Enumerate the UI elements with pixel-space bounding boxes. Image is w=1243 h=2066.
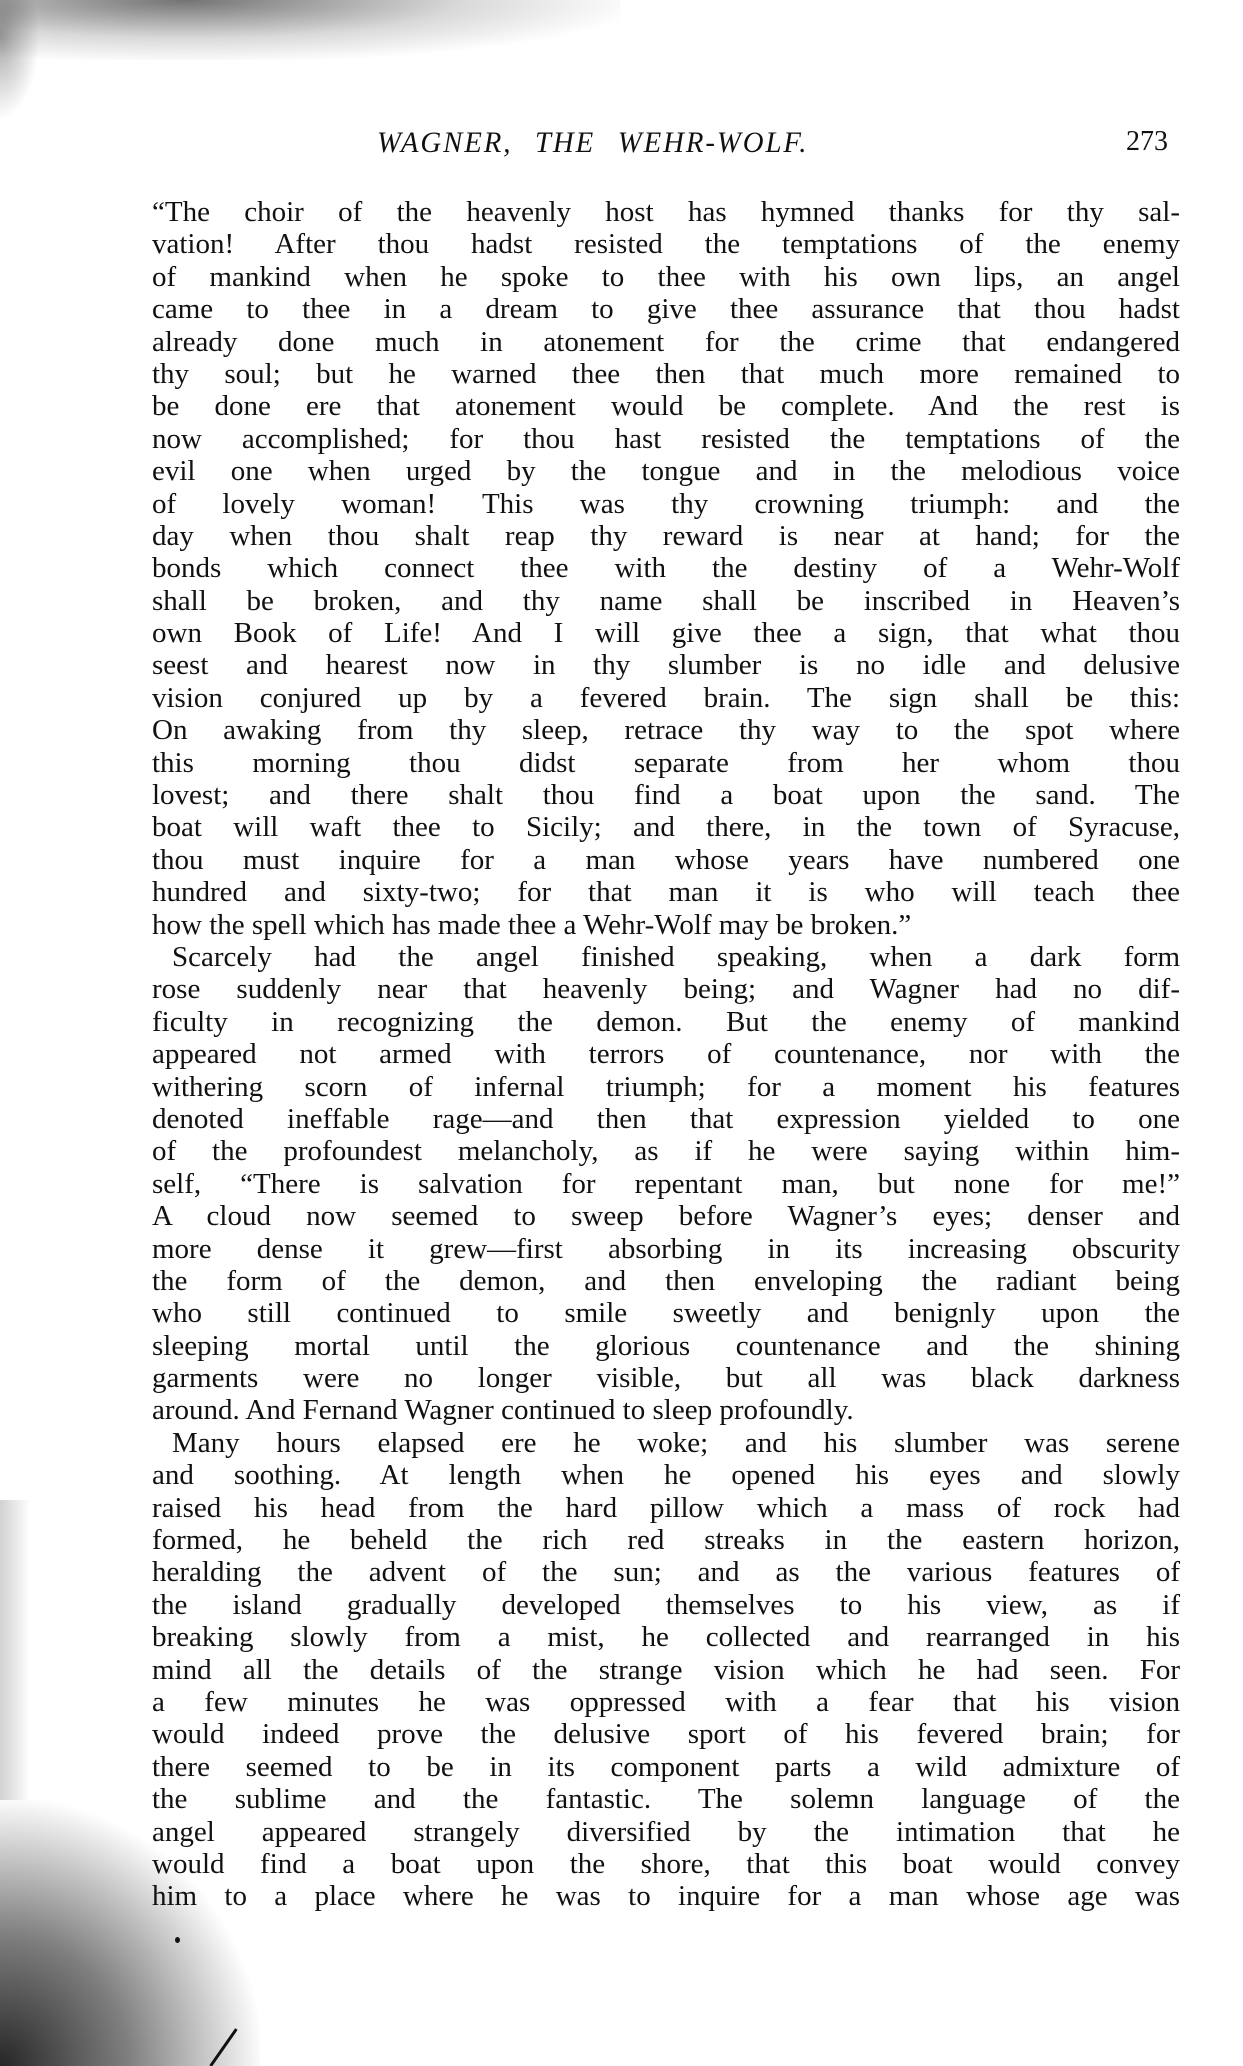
text-line: ficulty in recognizing the demon. But th…: [152, 1006, 1180, 1038]
text-line: garments were no longer visible, but all…: [152, 1362, 1180, 1394]
scan-noise-left: [0, 0, 40, 120]
text-line: the form of the demon, and then envelopi…: [152, 1265, 1180, 1297]
text-line: of mankind when he spoke to thee with hi…: [152, 261, 1180, 293]
text-line: how the spell which has made thee a Wehr…: [152, 909, 1180, 941]
text-line: formed, he beheld the rich red streaks i…: [152, 1524, 1180, 1556]
text-line: seest and hearest now in thy slumber is …: [152, 649, 1180, 681]
text-line: “The choir of the heavenly host has hymn…: [152, 196, 1180, 228]
scan-noise-top: [0, 0, 620, 60]
text-line: angel appeared strangely diversified by …: [152, 1816, 1180, 1848]
text-line: vision conjured up by a fevered brain. T…: [152, 682, 1180, 714]
text-line: mind all the details of the strange visi…: [152, 1654, 1180, 1686]
text-line: him to a place where he was to inquire f…: [152, 1880, 1180, 1912]
text-line: already done much in atonement for the c…: [152, 326, 1180, 358]
text-line: heralding the advent of the sun; and as …: [152, 1556, 1180, 1588]
text-line: evil one when urged by the tongue and in…: [152, 455, 1180, 487]
paragraph-1: “The choir of the heavenly host has hymn…: [152, 196, 1180, 941]
text-line: shall be broken, and thy name shall be i…: [152, 585, 1180, 617]
text-line: breaking slowly from a mist, he collecte…: [152, 1621, 1180, 1653]
text-line: the sublime and the fantastic. The solem…: [152, 1783, 1180, 1815]
text-line: around. And Fernand Wagner continued to …: [152, 1394, 1180, 1426]
page-number: 273: [1126, 126, 1168, 158]
text-line: and soothing. At length when he opened h…: [152, 1459, 1180, 1491]
paragraph-2: Scarcely had the angel finished speaking…: [152, 941, 1180, 1427]
ink-dot-mark: [175, 1937, 180, 1943]
text-line: Many hours elapsed ere he woke; and his …: [152, 1427, 1180, 1459]
text-line: who still continued to smile sweetly and…: [152, 1297, 1180, 1329]
text-line: would indeed prove the delusive sport of…: [152, 1718, 1180, 1750]
text-line: be done ere that atonement would be comp…: [152, 390, 1180, 422]
text-line: Scarcely had the angel finished speaking…: [152, 941, 1180, 973]
text-line: day when thou shalt reap thy reward is n…: [152, 520, 1180, 552]
text-line: sleeping mortal until the glorious count…: [152, 1330, 1180, 1362]
text-line: bonds which connect thee with the destin…: [152, 552, 1180, 584]
text-line: denoted ineffable rage—and then that exp…: [152, 1103, 1180, 1135]
text-line: On awaking from thy sleep, retrace thy w…: [152, 714, 1180, 746]
text-line: hundred and sixty-two; for that man it i…: [152, 876, 1180, 908]
text-line: own Book of Life! And I will give thee a…: [152, 617, 1180, 649]
running-head: WAGNER, THE WEHR-WOLF. 273: [152, 126, 1182, 160]
text-line: there seemed to be in its component part…: [152, 1751, 1180, 1783]
text-line: of lovely woman! This was thy crowning t…: [152, 488, 1180, 520]
text-line: more dense it grew—first absorbing in it…: [152, 1233, 1180, 1265]
text-line: the island gradually developed themselve…: [152, 1589, 1180, 1621]
text-line: thy soul; but he warned thee then that m…: [152, 358, 1180, 390]
running-title: WAGNER, THE WEHR-WOLF.: [377, 126, 808, 160]
scan-noise-left-margin: [0, 1500, 30, 1800]
text-line: boat will waft thee to Sicily; and there…: [152, 811, 1180, 843]
text-line: raised his head from the hard pillow whi…: [152, 1492, 1180, 1524]
text-line: lovest; and there shalt thou find a boat…: [152, 779, 1180, 811]
text-line: rose suddenly near that heavenly being; …: [152, 973, 1180, 1005]
text-line: withering scorn of infernal triumph; for…: [152, 1071, 1180, 1103]
text-line: appeared not armed with terrors of count…: [152, 1038, 1180, 1070]
text-line: would find a boat upon the shore, that t…: [152, 1848, 1180, 1880]
text-line: of the profoundest melancholy, as if he …: [152, 1135, 1180, 1167]
text-line: A cloud now seemed to sweep before Wagne…: [152, 1200, 1180, 1232]
body-text: “The choir of the heavenly host has hymn…: [152, 196, 1180, 1913]
text-line: this morning thou didst separate from he…: [152, 747, 1180, 779]
text-line: now accomplished; for thou hast resisted…: [152, 423, 1180, 455]
text-line: a few minutes he was oppressed with a fe…: [152, 1686, 1180, 1718]
text-line: thou must inquire for a man whose years …: [152, 844, 1180, 876]
text-line: vation! After thou hadst resisted the te…: [152, 228, 1180, 260]
paragraph-3: Many hours elapsed ere he woke; and his …: [152, 1427, 1180, 1913]
text-line: self, “There is salvation for repentant …: [152, 1168, 1180, 1200]
text-line: came to thee in a dream to give thee ass…: [152, 293, 1180, 325]
